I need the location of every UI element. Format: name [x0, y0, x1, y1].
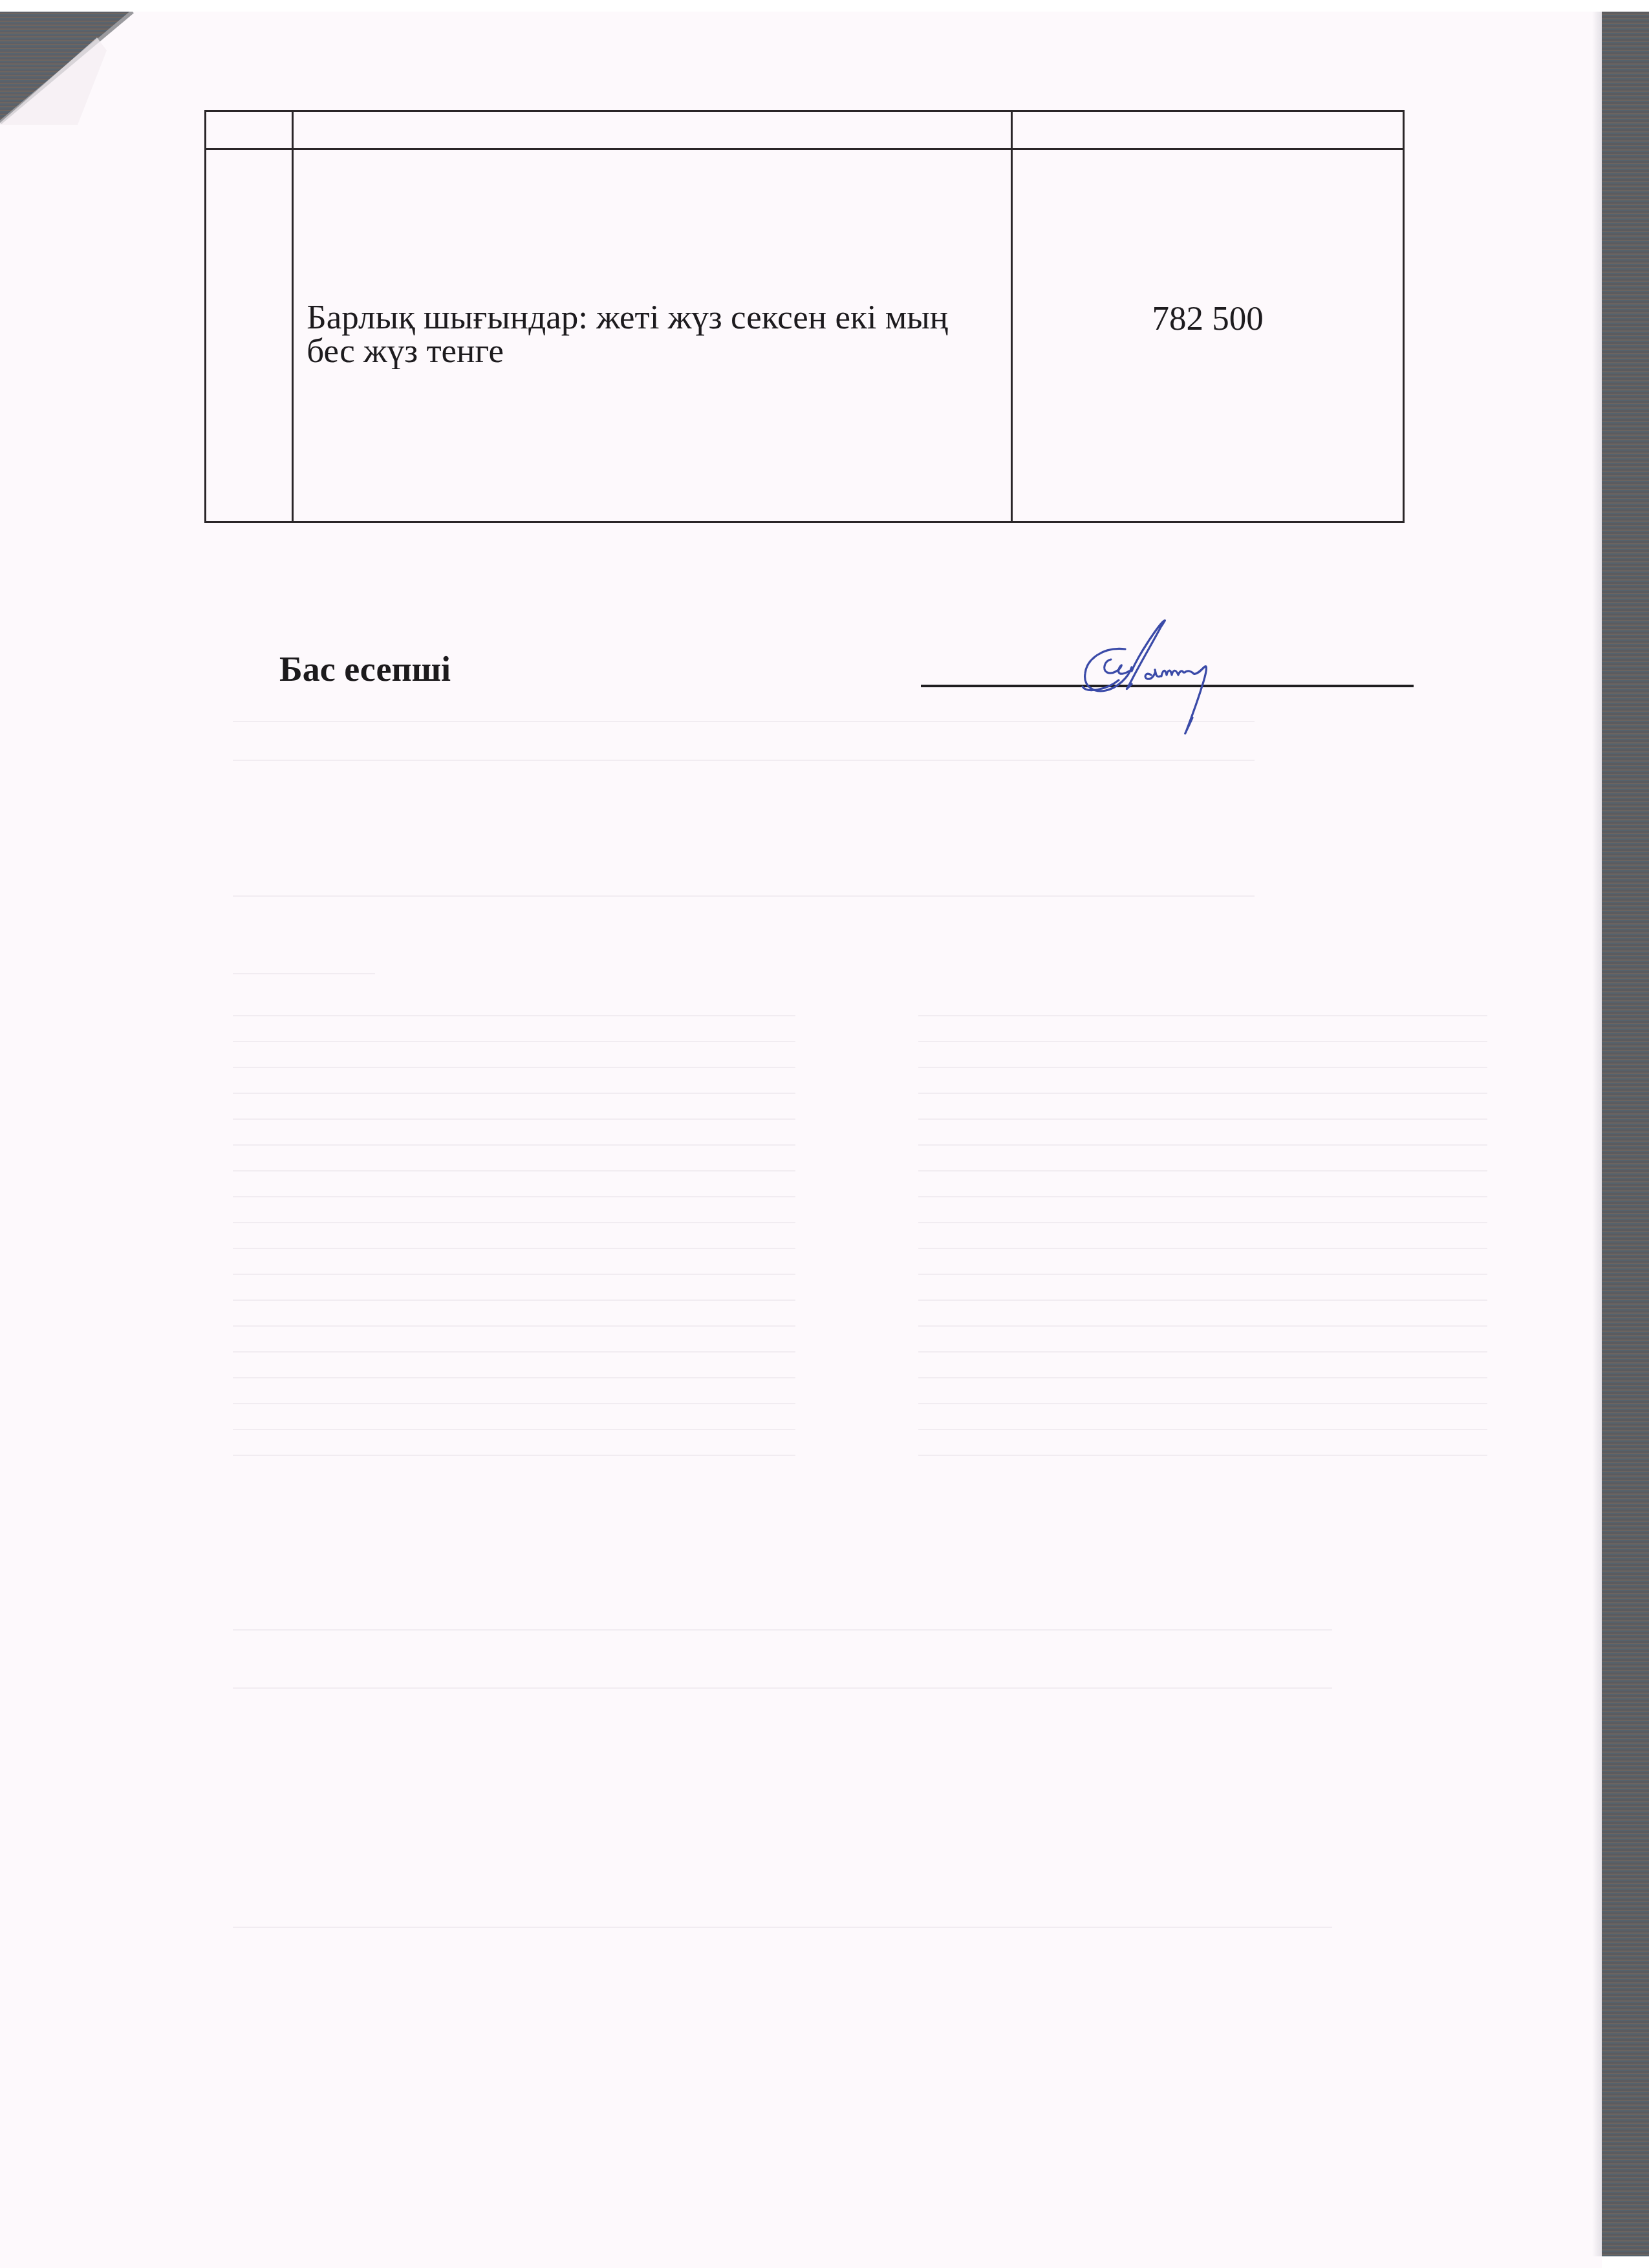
- header-cell-description: [293, 111, 1012, 149]
- scan-border-right: [1602, 12, 1649, 2256]
- table-header-row: [206, 111, 1404, 149]
- table-row: Барлық шығындар: жеті жүз сексен екі мың…: [206, 149, 1404, 522]
- folded-corner: [0, 12, 136, 125]
- total-amount-value: 782 500: [1013, 302, 1403, 369]
- header-cell-number: [206, 111, 293, 149]
- row-description-cell: Барлық шығындар: жеті жүз сексен екі мың…: [293, 149, 1012, 522]
- total-expenses-description: Барлық шығындар: жеті жүз сексен екі мың…: [294, 301, 1011, 370]
- scan-border-bottom: [1602, 2256, 1649, 2268]
- row-amount-cell: 782 500: [1012, 149, 1404, 522]
- signature-icon: [1035, 608, 1267, 750]
- chief-accountant-label: Бас есепші: [279, 650, 451, 689]
- header-cell-amount: [1012, 111, 1404, 149]
- scan-edge-shadow: [1592, 12, 1602, 2256]
- scan-border-top: [0, 0, 1649, 12]
- cost-table: Барлық шығындар: жеті жүз сексен екі мың…: [204, 110, 1405, 523]
- row-number-cell: [206, 149, 293, 522]
